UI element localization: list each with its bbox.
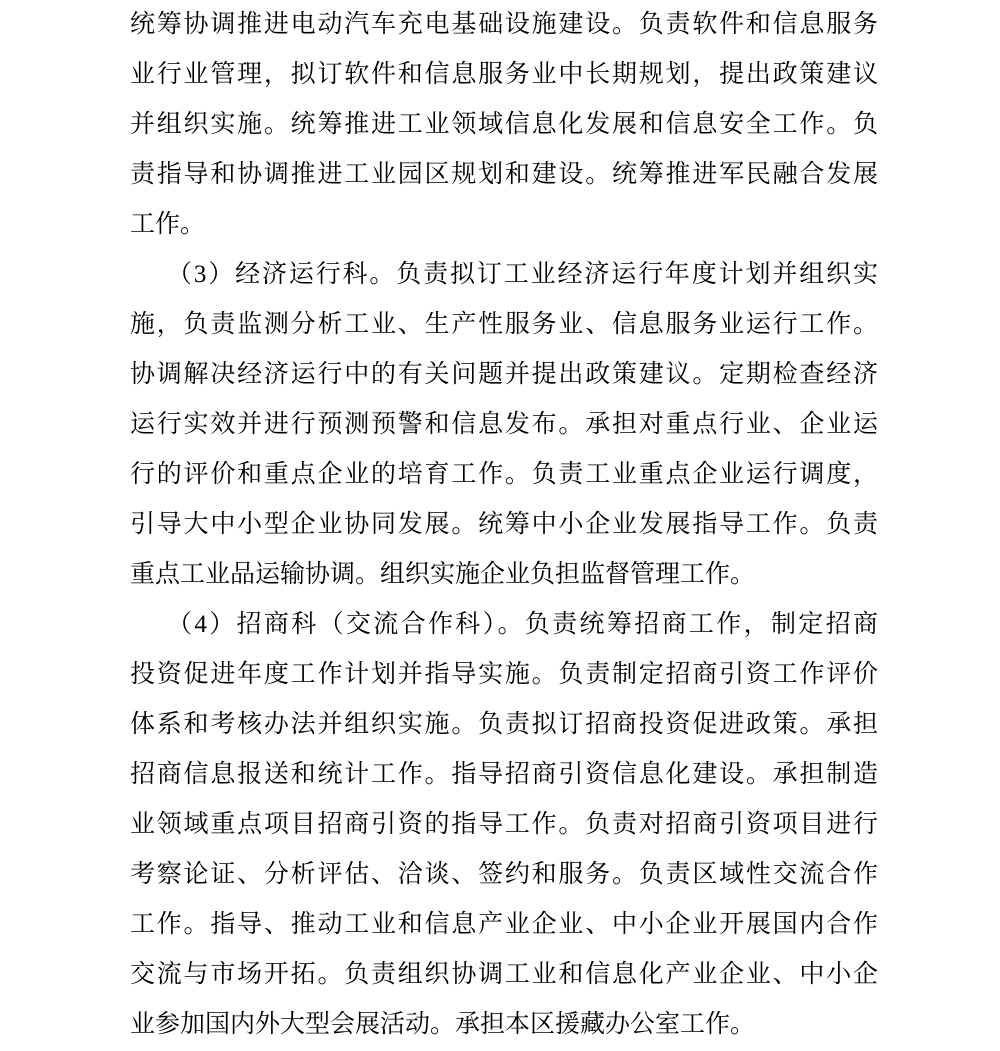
text-line: 并组织实施。统筹推进工业领域信息化发展和信息安全工作。负 [130,100,878,150]
text-line: 施，负责监测分析工业、生产性服务业、信息服务业运行工作。 [130,300,878,350]
paragraph: 统筹协调推进电动汽车充电基础设施建设。负责软件和信息服务业行业管理，拟订软件和信… [130,0,878,250]
document-body: 统筹协调推进电动汽车充电基础设施建设。负责软件和信息服务业行业管理，拟订软件和信… [130,0,878,1050]
document-page: 统筹协调推进电动汽车充电基础设施建设。负责软件和信息服务业行业管理，拟订软件和信… [0,0,1000,1051]
text-line: 招商信息报送和统计工作。指导招商引资信息化建设。承担制造 [130,750,878,800]
paragraph: （3）经济运行科。负责拟订工业经济运行年度计划并组织实施，负责监测分析工业、生产… [130,250,878,600]
text-line: 统筹协调推进电动汽车充电基础设施建设。负责软件和信息服务 [130,0,878,50]
text-line: 引导大中小型企业协同发展。统筹中小企业发展指导工作。负责 [130,500,878,550]
text-line: （3）经济运行科。负责拟订工业经济运行年度计划并组织实 [130,250,878,300]
text-line: 业参加国内外大型会展活动。承担本区援藏办公室工作。 [130,1000,878,1050]
text-line: 业领域重点项目招商引资的指导工作。负责对招商引资项目进行 [130,800,878,850]
text-line: 业行业管理，拟订软件和信息服务业中长期规划，提出政策建议 [130,50,878,100]
text-line: 交流与市场开拓。负责组织协调工业和信息化产业企业、中小企 [130,950,878,1000]
text-line: 重点工业品运输协调。组织实施企业负担监督管理工作。 [130,550,878,600]
text-line: 行的评价和重点企业的培育工作。负责工业重点企业运行调度， [130,450,878,500]
text-line: 投资促进年度工作计划并指导实施。负责制定招商引资工作评价 [130,650,878,700]
text-line: 协调解决经济运行中的有关问题并提出政策建议。定期检查经济 [130,350,878,400]
text-line: 责指导和协调推进工业园区规划和建设。统筹推进军民融合发展 [130,150,878,200]
text-line: 工作。 [130,200,878,250]
text-line: 体系和考核办法并组织实施。负责拟订招商投资促进政策。承担 [130,700,878,750]
paragraph: （4）招商科（交流合作科）。负责统筹招商工作，制定招商投资促进年度工作计划并指导… [130,600,878,1050]
text-line: （4）招商科（交流合作科）。负责统筹招商工作，制定招商 [130,600,878,650]
text-line: 工作。指导、推动工业和信息产业企业、中小企业开展国内合作 [130,900,878,950]
text-line: 考察论证、分析评估、洽谈、签约和服务。负责区域性交流合作 [130,850,878,900]
text-line: 运行实效并进行预测预警和信息发布。承担对重点行业、企业运 [130,400,878,450]
